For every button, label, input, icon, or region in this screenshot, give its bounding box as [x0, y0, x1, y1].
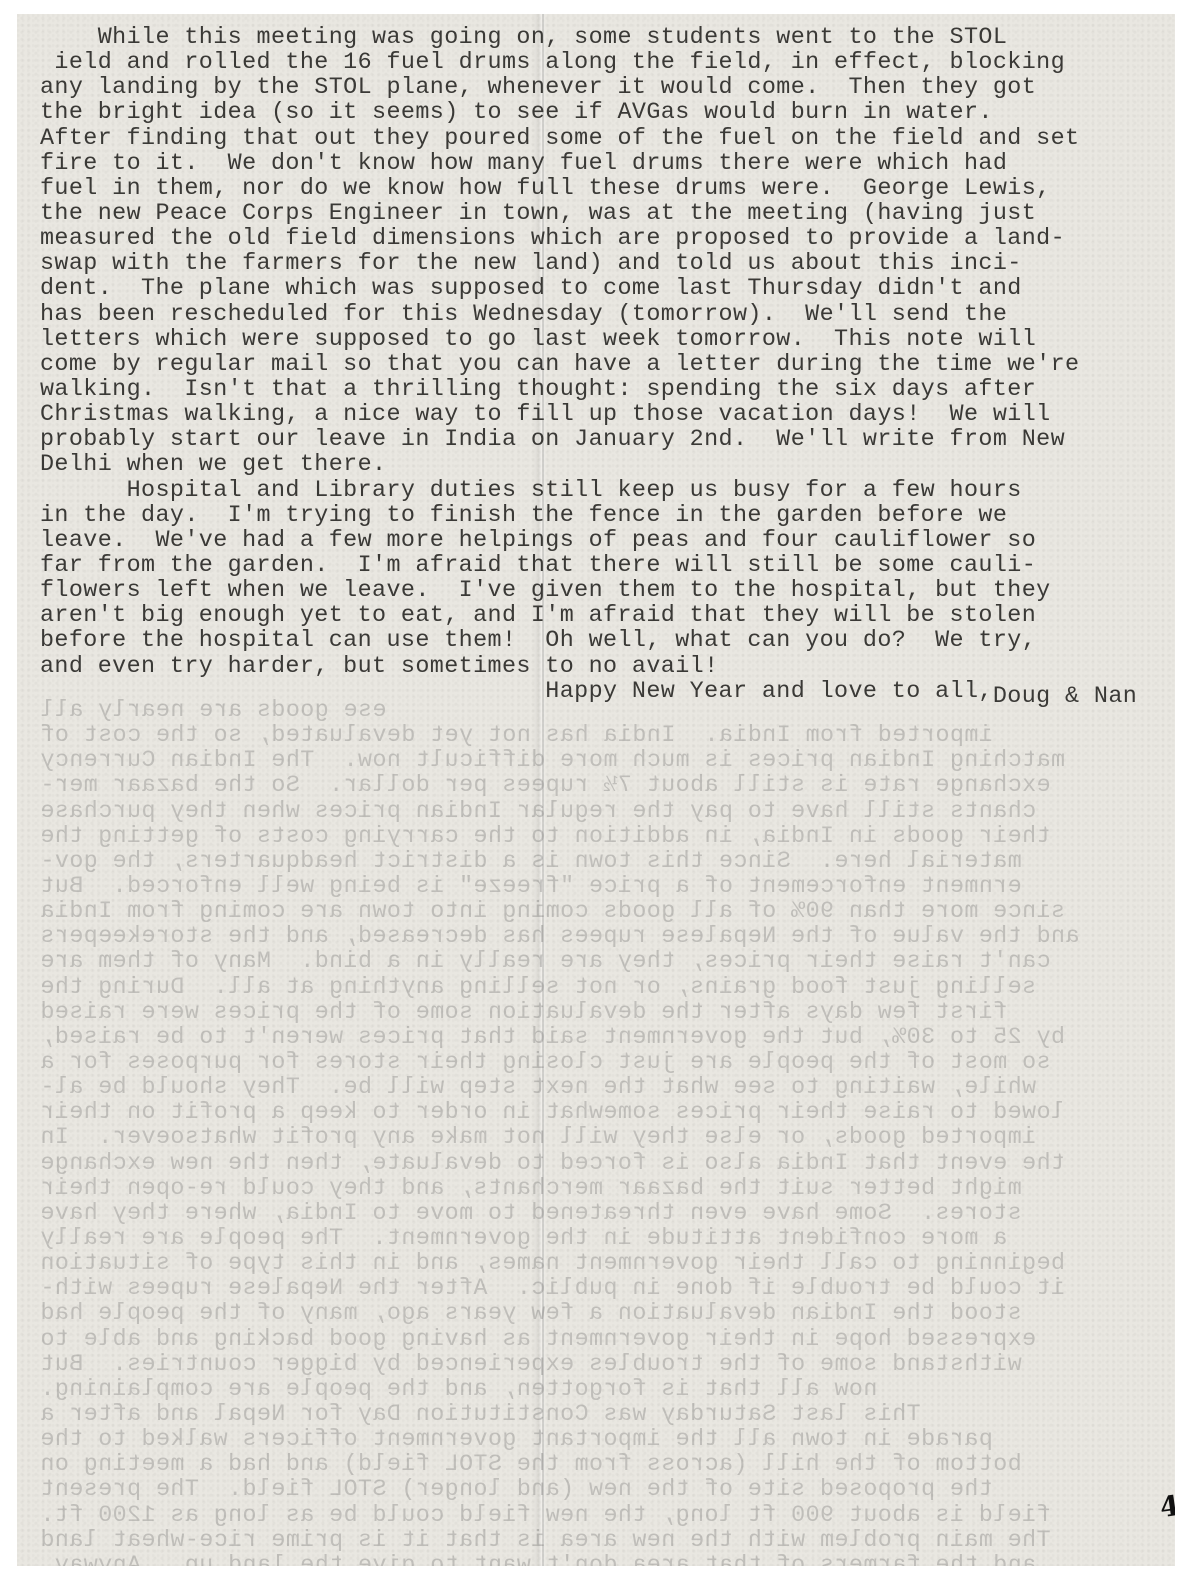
show-through-line: stood the Indian devaluation a few years… [40, 1302, 1150, 1327]
show-through-line: so most of the people are just closing t… [40, 1051, 1150, 1076]
letter-line: probably start our leave in India on Jan… [40, 428, 1137, 453]
closing-text: Happy New Year and love to all, [40, 679, 993, 705]
show-through-line: The main problem with the new area is th… [40, 1529, 1150, 1554]
signature: Doug & Nan [993, 684, 1137, 710]
show-through-line: a more confident attitude in the governm… [40, 1227, 1150, 1252]
show-through-line: imported from India. India has not yet d… [40, 724, 1150, 749]
show-through-line: material here. Since this town is a dist… [40, 850, 1150, 875]
handwritten-page-number: 4 [1158, 1489, 1175, 1524]
show-through-line: matching Indian prices is much more diff… [40, 749, 1150, 774]
letter-line: leave. We've had a few more helpings of … [40, 529, 1137, 554]
letter-line: letters which were supposed to go last w… [40, 328, 1137, 353]
letter-line: has been rescheduled for this Wednesday … [40, 303, 1137, 328]
letter-line: swap with the farmers for the new land) … [40, 252, 1137, 277]
show-through-line: imported goods, or else they will not ma… [40, 1126, 1150, 1151]
show-through-line: ernment enforcement of a price "freeze" … [40, 875, 1150, 900]
show-through-line: it could be trouble if done in public. A… [40, 1277, 1150, 1302]
show-through-line: selling just food grains, or not selling… [40, 976, 1150, 1001]
letter-line: any landing by the STOL plane, whenever … [40, 76, 1137, 101]
show-through-line: This last Saturday was Constitution Day … [40, 1403, 1150, 1428]
letter-body: While this meeting was going on, some st… [40, 26, 1137, 705]
letter-line: and even try harder, but sometimes to no… [40, 655, 1137, 680]
letter-line: Delhi when we get there. [40, 453, 1137, 478]
show-through-line: and the value of the Nepalese rupees has… [40, 925, 1150, 950]
show-through-line: withstand some of the troubles experienc… [40, 1353, 1150, 1378]
show-through-line: beginning to call their government names… [40, 1252, 1150, 1277]
letter-line: ield and rolled the 16 fuel drums along … [40, 51, 1137, 76]
show-through-line: by 25 to 30%, but the government said th… [40, 1026, 1150, 1051]
letter-line: fuel in them, nor do we know how full th… [40, 177, 1137, 202]
show-through-line: their goods in India, in addition to the… [40, 825, 1150, 850]
show-through-line: chants still have to pay the regular Ind… [40, 800, 1150, 825]
letter-line: flowers left when we leave. I've given t… [40, 579, 1137, 604]
letter-line: come by regular mail so that you can hav… [40, 353, 1137, 378]
letter-line: the new Peace Corps Engineer in town, wa… [40, 202, 1137, 227]
letter-line: before the hospital can use them! Oh wel… [40, 629, 1137, 654]
show-through-line: field is about 900 ft long, the new fiel… [40, 1504, 1150, 1529]
show-through-line: and the farmers of that area don't want … [40, 1554, 1150, 1566]
show-through-line: parade in town all the important governm… [40, 1428, 1150, 1453]
show-through-line: while, waiting to see what the next step… [40, 1076, 1150, 1101]
show-through-line: first few days after the devaluation som… [40, 1001, 1150, 1026]
show-through-text: ese goods are nearly allimported from In… [40, 699, 1150, 1566]
show-through-line: bottom of the hill (across from the STOL… [40, 1453, 1150, 1478]
show-through-line: stores. Some have even threatened to mov… [40, 1202, 1150, 1227]
letter-line: aren't big enough yet to eat, and I'm af… [40, 604, 1137, 629]
letter-line: fire to it. We don't know how many fuel … [40, 152, 1137, 177]
show-through-line: can't raise their prices, they are reall… [40, 950, 1150, 975]
letter-line: in the day. I'm trying to finish the fen… [40, 504, 1137, 529]
letter-line: the bright idea (so it seems) to see if … [40, 101, 1137, 126]
letter-line: dent. The plane which was supposed to co… [40, 277, 1137, 302]
show-through-line: the proposed site of the new (and longer… [40, 1478, 1150, 1503]
show-through-line: the event that India also is forced to d… [40, 1152, 1150, 1177]
letter-page: ese goods are nearly allimported from In… [17, 14, 1175, 1566]
letter-line: far from the garden. I'm afraid that the… [40, 554, 1137, 579]
letter-closing: Happy New Year and love to all,Doug & Na… [40, 680, 1137, 705]
letter-line: walking. Isn't that a thrilling thought:… [40, 378, 1137, 403]
show-through-line: lowed to raise their prices somewhat in … [40, 1101, 1150, 1126]
letter-line: While this meeting was going on, some st… [40, 26, 1137, 51]
show-through-line: now all that is forgotten, and the peopl… [40, 1378, 1150, 1403]
show-through-line: since more than 90% of all goods coming … [40, 900, 1150, 925]
letter-line: measured the old field dimensions which … [40, 227, 1137, 252]
letter-line: Hospital and Library duties still keep u… [40, 479, 1137, 504]
show-through-line: might better suit the bazaar merchants, … [40, 1177, 1150, 1202]
letter-line: After finding that out they poured some … [40, 127, 1137, 152]
show-through-line: exchange rate is still about 7½ rupees p… [40, 774, 1150, 799]
letter-line: Christmas walking, a nice way to fill up… [40, 403, 1137, 428]
show-through-line: expressed hope in their government as ha… [40, 1328, 1150, 1353]
